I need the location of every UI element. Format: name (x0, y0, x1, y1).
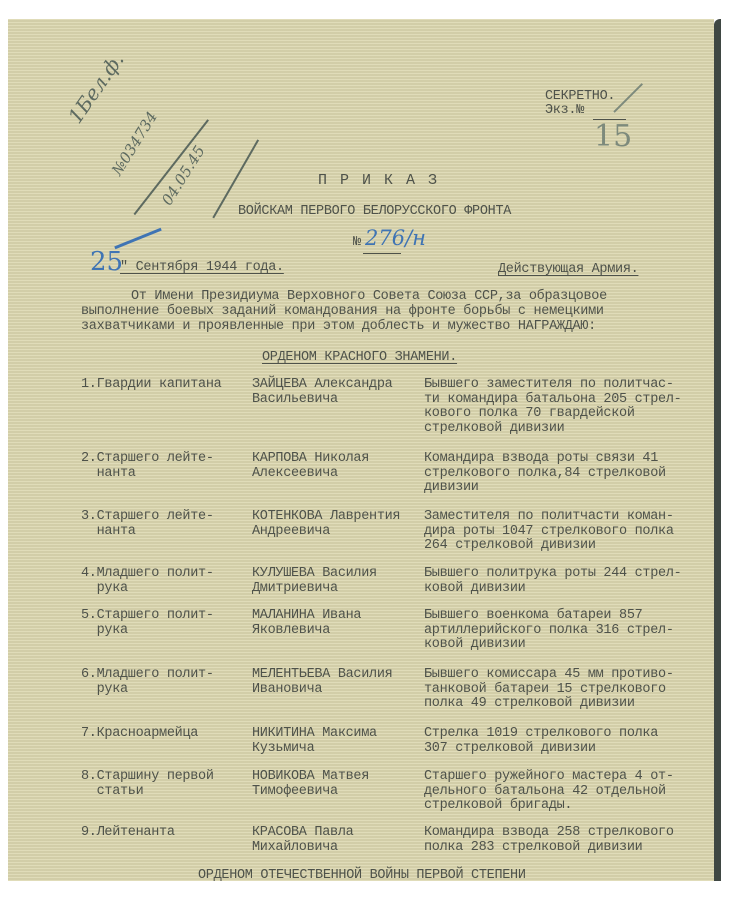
section-title-patriotic-war: ОРДЕНОМ ОТЕЧЕСТВЕННОЙ ВОЙНЫ ПЕРВОЙ СТЕПЕ… (198, 869, 526, 884)
awardee-position: Бывшего комиссара 45 мм противо-танковой… (424, 668, 724, 712)
preamble-line-1: От Имени Президиума Верховного Совета Со… (131, 290, 607, 305)
awardee-name: МЕЛЕНТЬЕВА ВасилияИвановича (252, 668, 422, 697)
awardee-rank: 3.Старшего лейте- нанта (81, 510, 251, 539)
awardee-rank: 6.Младшего полит- рука (81, 668, 251, 697)
date-day-handwritten: 25 (90, 247, 123, 277)
awardee-rank: 2.Старшего лейте- нанта (81, 452, 251, 481)
awardee-position: Заместителя по политчасти коман-дира рот… (424, 510, 724, 554)
preamble-line-3: захватчиками и проявленные при этом добл… (81, 320, 596, 335)
awardee-name: НИКИТИНА МаксимаКузьмича (252, 727, 422, 756)
awardee-name: КОТЕНКОВА ЛаврентияАндреевича (252, 510, 422, 539)
awardee-position: Старшего ружейного мастера 4 от-дельного… (424, 770, 724, 814)
awardee-name: ЗАЙЦЕВА АлександраВасильевича (252, 378, 422, 407)
awardee-name: КУЛУШЕВА ВасилияДмитриевича (252, 567, 422, 596)
awardee-rank: 7.Красноармейца (81, 727, 251, 742)
section-title-red-banner: ОРДЕНОМ КРАСНОГО ЗНАМЕНИ. (262, 351, 457, 366)
awardee-rank: 8.Старшину первой статьи (81, 770, 251, 799)
awardee-position: Стрелка 1019 стрелкового полка307 стрелк… (424, 727, 724, 756)
page-edge-shadow (714, 19, 721, 881)
copy-label: Экз.№ (545, 104, 584, 119)
awardee-position: Бывшего политрука роты 244 стрел-ковой д… (424, 567, 724, 596)
document-page: 1Бел.ф. №034734 04.05.45 СЕКРЕТНО. Экз.№… (8, 19, 714, 881)
awardee-name: НОВИКОВА МатвеяТимофеевича (252, 770, 422, 799)
awardee-position: Бывшего заместителя по политчас-ти коман… (424, 378, 724, 436)
document-subtitle: ВОЙСКАМ ПЕРВОГО БЕЛОРУССКОГО ФРОНТА (238, 205, 511, 220)
order-number-underline (363, 253, 401, 254)
awardee-rank: 9.Лейтенанта (81, 826, 251, 841)
document-title: П Р И К А З (318, 174, 439, 189)
awardee-position: Командира взвода роты связи 41стрелковог… (424, 452, 724, 496)
order-number-prefix: № (353, 236, 361, 251)
preamble-line-2: выполнение боевых заданий командования н… (81, 305, 604, 320)
handwritten-note-1: 1Бел.ф. (63, 48, 129, 128)
copy-number-handwritten: 15 (594, 119, 632, 154)
awardee-name: МАЛАНИНА ИванаЯковлевича (252, 609, 422, 638)
order-number: 276/н (365, 226, 426, 250)
awardee-rank: 4.Младшего полит- рука (81, 567, 251, 596)
date-text: " Сентября 1944 года. (120, 261, 284, 276)
awardee-position: Бывшего военкома батареи 857артиллерийск… (424, 609, 724, 653)
awardee-name: КРАСОВА ПавлаМихайловича (252, 826, 422, 855)
location: Действующая Армия. (498, 263, 638, 278)
awardee-position: Командира взвода 258 стрелковогополка 28… (424, 826, 724, 855)
awardee-name: КАРПОВА НиколаяАлексеевича (252, 452, 422, 481)
pencil-check (613, 83, 642, 112)
awardee-rank: 1.Гвардии капитана (81, 378, 251, 393)
handwritten-note-2: №034734 (108, 108, 161, 178)
awardee-rank: 5.Старшего полит- рука (81, 609, 251, 638)
